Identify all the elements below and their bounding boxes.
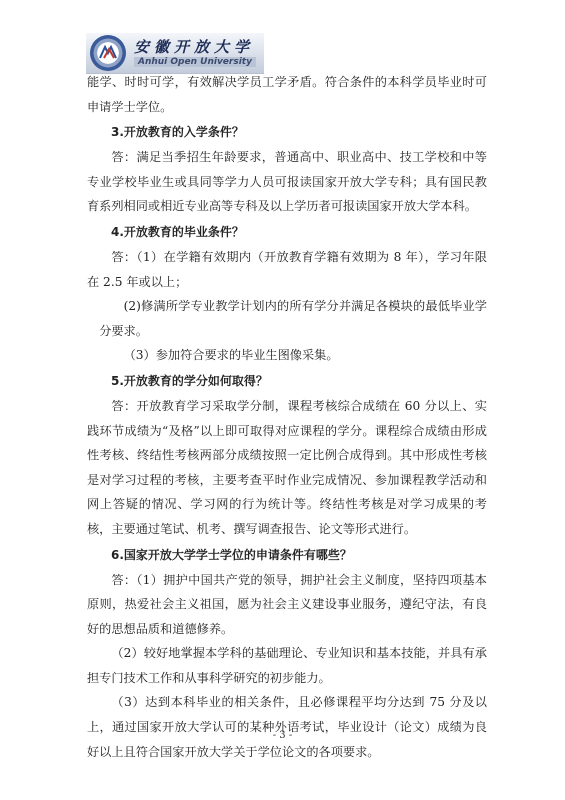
answer-5: 答：开放教育学习采取学分制，课程考核综合成绩在 60 分以上、实践环节成绩为“及…: [87, 394, 487, 542]
question-4-heading: 4.开放教育的毕业条件？: [87, 219, 487, 245]
answer-3: 答：满足当季招生年龄要求，普通高中、职业高中、技工学校和中等专业学校毕业生或具同…: [87, 145, 487, 219]
page-number: - 3 -: [0, 730, 565, 741]
logo-english-name: Anhui Open University: [134, 57, 256, 67]
university-emblem-icon: [90, 35, 126, 71]
intro-continuation: 能学、时时可学，有效解决学员工学矛盾。符合条件的本科学员毕业时可申请学士学位。: [87, 70, 487, 119]
question-3-heading: 3.开放教育的入学条件？: [87, 119, 487, 145]
answer-4-item-2: (2)修满所学专业教学计划内的所有学分并满足各模块的最低毕业学分要求。: [87, 294, 487, 343]
document-body: 能学、时时可学，有效解决学员工学矛盾。符合条件的本科学员毕业时可申请学士学位。 …: [87, 70, 487, 764]
answer-6-item-1: 答：（1）拥护中国共产党的领导，拥护社会主义制度，坚持四项基本原则，热爱社会主义…: [87, 568, 487, 642]
answer-6-item-3: （3）达到本科毕业的相关条件，且必修课程平均分达到 75 分及以上，通过国家开放…: [87, 690, 487, 764]
question-5-heading: 5.开放教育的学分如何取得？: [87, 368, 487, 394]
logo-banner: 安徽开放大学 Anhui Open University: [86, 33, 264, 74]
question-6-heading: 6.国家开放大学学士学位的申请条件有哪些？: [87, 542, 487, 568]
answer-4-item-3: （3）参加符合要求的毕业生图像采集。: [87, 343, 487, 368]
answer-4-item-1: 答：（1）在学籍有效期内（开放教育学籍有效期为 8 年），学习年限在 2.5 年…: [87, 245, 487, 294]
answer-6-item-2: （2）较好地掌握本学科的基础理论、专业知识和基本技能，并具有承担专门技术工作和从…: [87, 641, 487, 690]
logo-chinese-name: 安徽开放大学: [134, 36, 254, 57]
